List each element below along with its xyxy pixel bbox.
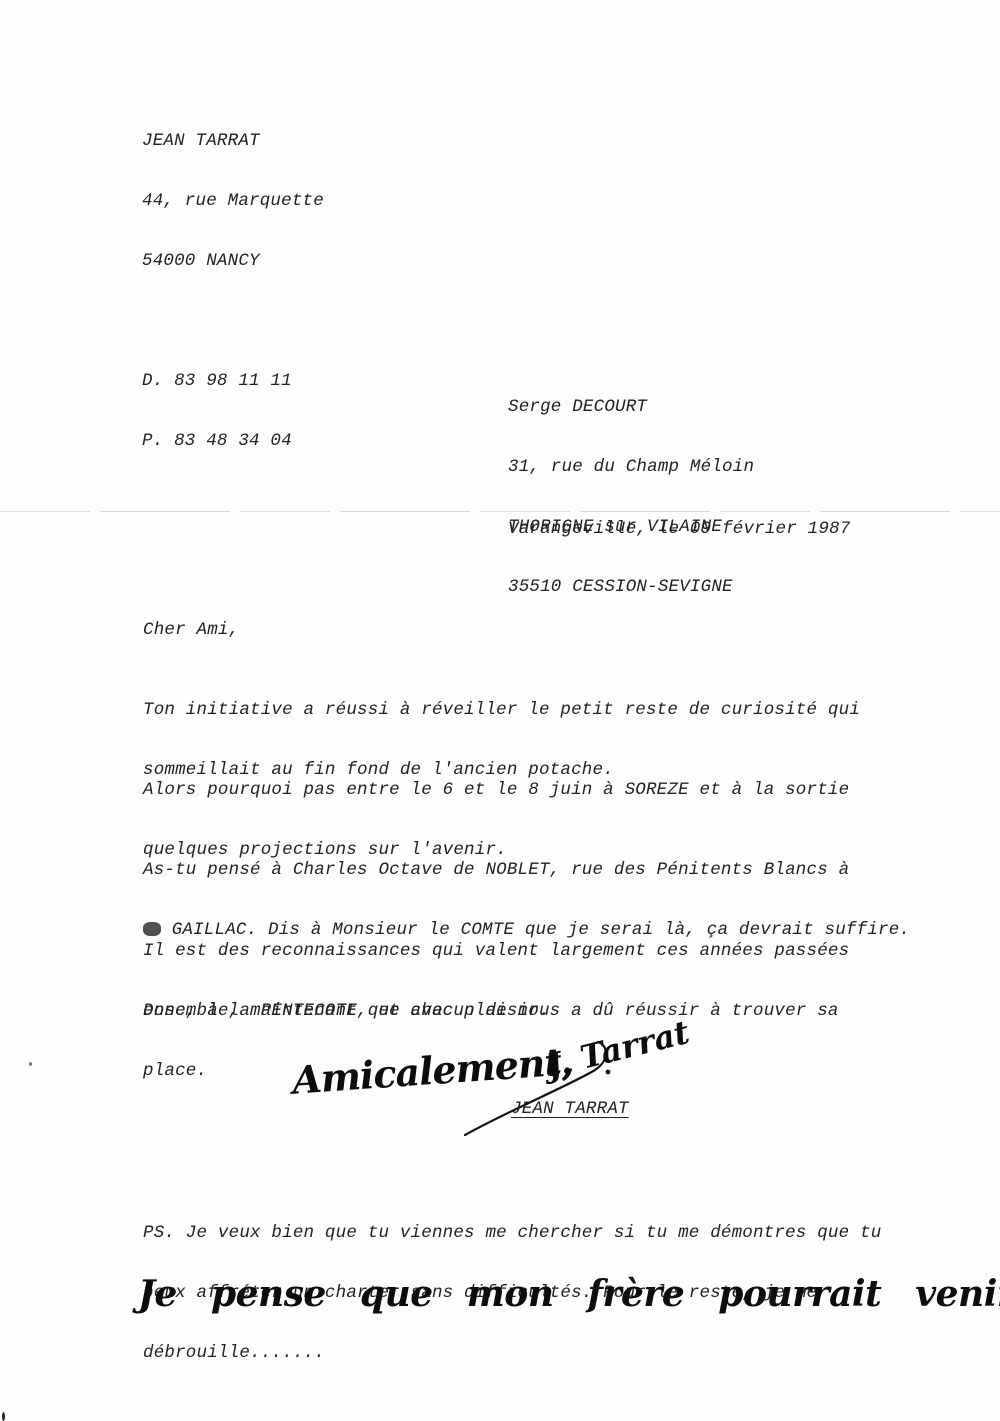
sender-phone-p: P. 83 48 34 04 (142, 431, 324, 451)
sender-address-block: JEAN TARRAT 44, rue Marquette 54000 NANC… (142, 91, 324, 491)
salutation: Cher Ami, (143, 620, 239, 640)
paper-fold-line (0, 511, 1000, 512)
recipient-street: 31, rue du Champ Méloin (508, 457, 754, 477)
handwritten-postscript: Je pense que mon frère pourrait venir .. (138, 1273, 1000, 1315)
typed-signature-name: JEAN TARRAT (511, 1099, 629, 1119)
sender-name: JEAN TARRAT (142, 131, 324, 151)
paragraph-line: Alors pourquoi pas entre le 6 et le 8 ju… (143, 780, 849, 800)
paragraph-line: Il est des reconnaissances qui valent la… (143, 941, 849, 961)
paper-speck (29, 1062, 32, 1066)
letter-page: JEAN TARRAT 44, rue Marquette 54000 NANC… (0, 0, 1000, 1421)
paragraph-line: As-tu pensé à Charles Octave de NOBLET, … (143, 860, 910, 880)
postscript-line: débrouille....... (143, 1343, 881, 1363)
body-paragraph-5: Donc, à la PENTECOTE, et avec plaisir. (143, 1001, 550, 1021)
paragraph-line: Ton initiative a réussi à réveiller le p… (143, 700, 860, 720)
date-line: Varangeville, le 09 février 1987 (508, 519, 850, 539)
sender-city: 54000 NANCY (142, 251, 324, 271)
sender-phone-d: D. 83 98 11 11 (142, 371, 324, 391)
postscript-line: PS. Je veux bien que tu viennes me cherc… (143, 1223, 881, 1243)
recipient-address-block: Serge DECOURT 31, rue du Champ Méloin TH… (508, 357, 754, 637)
recipient-name: Serge DECOURT (508, 397, 754, 417)
paper-speck (2, 1412, 5, 1421)
recipient-city: 35510 CESSION-SEVIGNE (508, 577, 754, 597)
sender-street: 44, rue Marquette (142, 191, 324, 211)
